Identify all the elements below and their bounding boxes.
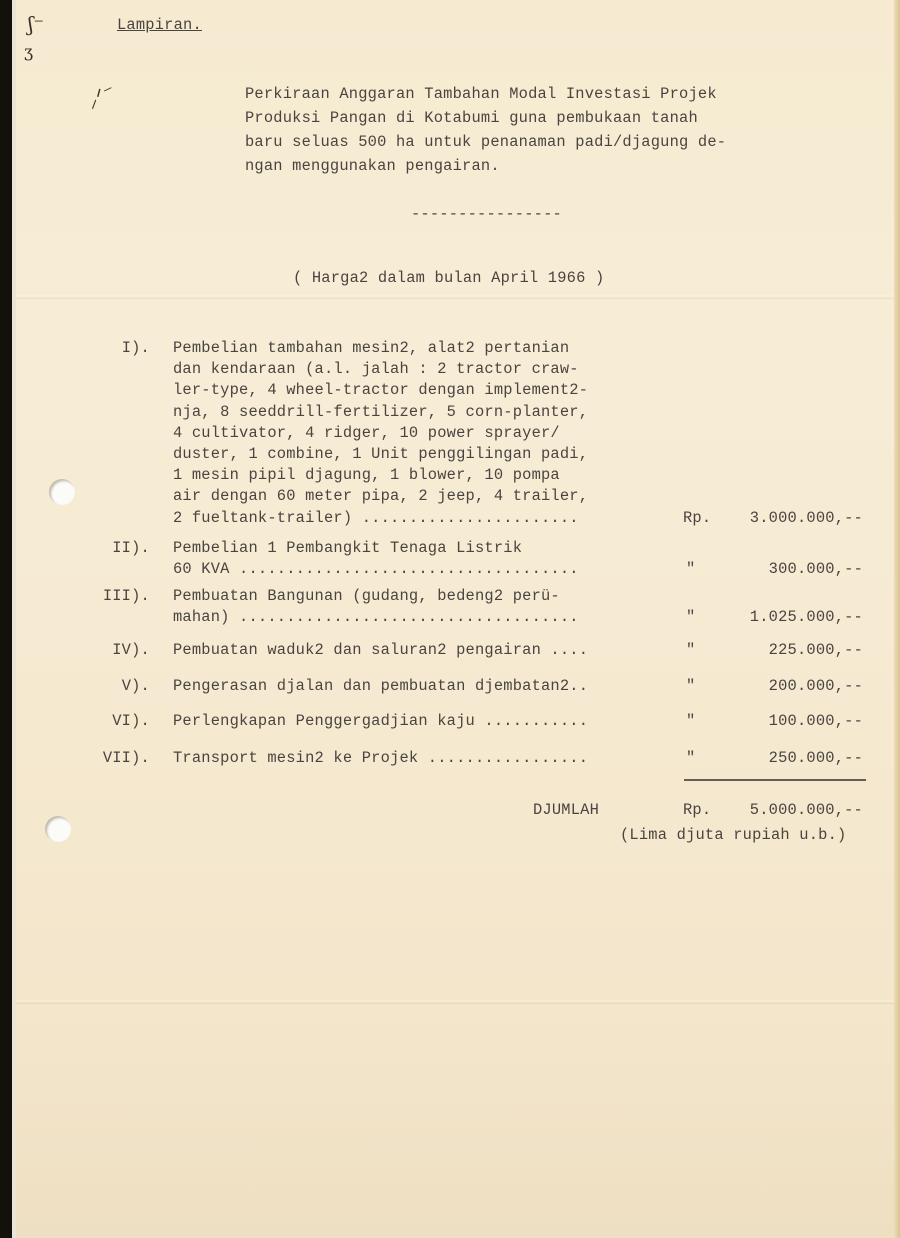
item-description-line: nja, 8 seeddrill-fertilizer, 5 corn-plan… <box>173 405 588 420</box>
item-description-line: air dengan 60 meter pipa, 2 jeep, 4 trai… <box>173 489 588 504</box>
punch-hole-lower <box>45 816 71 842</box>
item-description-line: Pengerasan djalan dan pembuatan djembata… <box>173 679 588 694</box>
total-currency: Rp. <box>683 803 711 818</box>
ditto-mark: " <box>686 714 695 729</box>
item-amount: 3.000.000,-- <box>750 511 863 526</box>
item-amount: 250.000,-- <box>769 751 863 766</box>
item-description-line: Transport mesin2 ke Projek .............… <box>173 751 588 766</box>
item-number: VI). <box>80 714 150 729</box>
handwritten-mark: ʒ <box>24 42 33 61</box>
item-description-line: dan kendaraan (a.l. jalah : 2 tractor cr… <box>173 362 579 377</box>
item-description-line: mahan) .................................… <box>173 610 579 625</box>
ditto-mark: " <box>686 679 695 694</box>
item-description-line: 2 fueltank-trailer) ....................… <box>173 511 579 526</box>
handwritten-mark: ʃ⁻ <box>28 12 44 36</box>
item-number: V). <box>80 679 150 694</box>
ditto-mark: " <box>686 562 695 577</box>
item-description-line: 4 cultivator, 4 ridger, 10 power sprayer… <box>173 426 560 441</box>
item-description-line: duster, 1 combine, 1 Unit penggilingan p… <box>173 447 588 462</box>
total-in-words: (Lima djuta rupiah u.b.) <box>620 828 846 843</box>
ditto-mark: " <box>686 610 695 625</box>
item-description-line: Perlengkapan Penggergadjian kaju .......… <box>173 714 588 729</box>
item-amount: 1.025.000,-- <box>750 610 863 625</box>
title-line: Produksi Pangan di Kotabumi guna pembuka… <box>245 111 698 126</box>
total-rule <box>684 779 866 781</box>
attachment-label: Lampiran. <box>117 18 202 33</box>
title-line: ngan menggunakan pengairan. <box>245 159 500 174</box>
item-amount: 100.000,-- <box>769 714 863 729</box>
item-currency: Rp. <box>683 511 711 526</box>
item-number: II). <box>80 541 150 556</box>
item-amount: 200.000,-- <box>769 679 863 694</box>
ditto-mark: " <box>686 751 695 766</box>
item-description-line: 60 KVA .................................… <box>173 562 579 577</box>
item-number: IV). <box>80 643 150 658</box>
item-description-line: Pembelian 1 Pembangkit Tenaga Listrik <box>173 541 522 556</box>
item-description-line: 1 mesin pipil djagung, 1 blower, 10 pomp… <box>173 468 560 483</box>
page-edge-left <box>12 0 16 1238</box>
item-description-line: Pembuatan Bangunan (gudang, bedeng2 perü… <box>173 589 560 604</box>
item-number: III). <box>80 589 150 604</box>
total-label: DJUMLAH <box>533 803 599 818</box>
title-line: Perkiraan Anggaran Tambahan Modal Invest… <box>245 87 717 102</box>
item-number: VII). <box>80 751 150 766</box>
item-description-line: Pembuatan waduk2 dan saluran2 pengairan … <box>173 643 588 658</box>
page-edge-right <box>894 0 900 1238</box>
punch-hole-upper <box>49 479 75 505</box>
item-amount: 300.000,-- <box>769 562 863 577</box>
item-description-line: Pembelian tambahan mesin2, alat2 pertani… <box>173 341 569 356</box>
separator-dashes: ---------------- <box>411 207 562 222</box>
total-amount: 5.000.000,-- <box>750 803 863 818</box>
item-description-line: ler-type, 4 wheel-tractor dengan impleme… <box>173 383 588 398</box>
price-note: ( Harga2 dalam bulan April 1966 ) <box>293 271 604 286</box>
title-line: baru seluas 500 ha untuk penanaman padi/… <box>245 135 726 150</box>
item-number: I). <box>80 341 150 356</box>
ditto-mark: " <box>686 643 695 658</box>
item-amount: 225.000,-- <box>769 643 863 658</box>
